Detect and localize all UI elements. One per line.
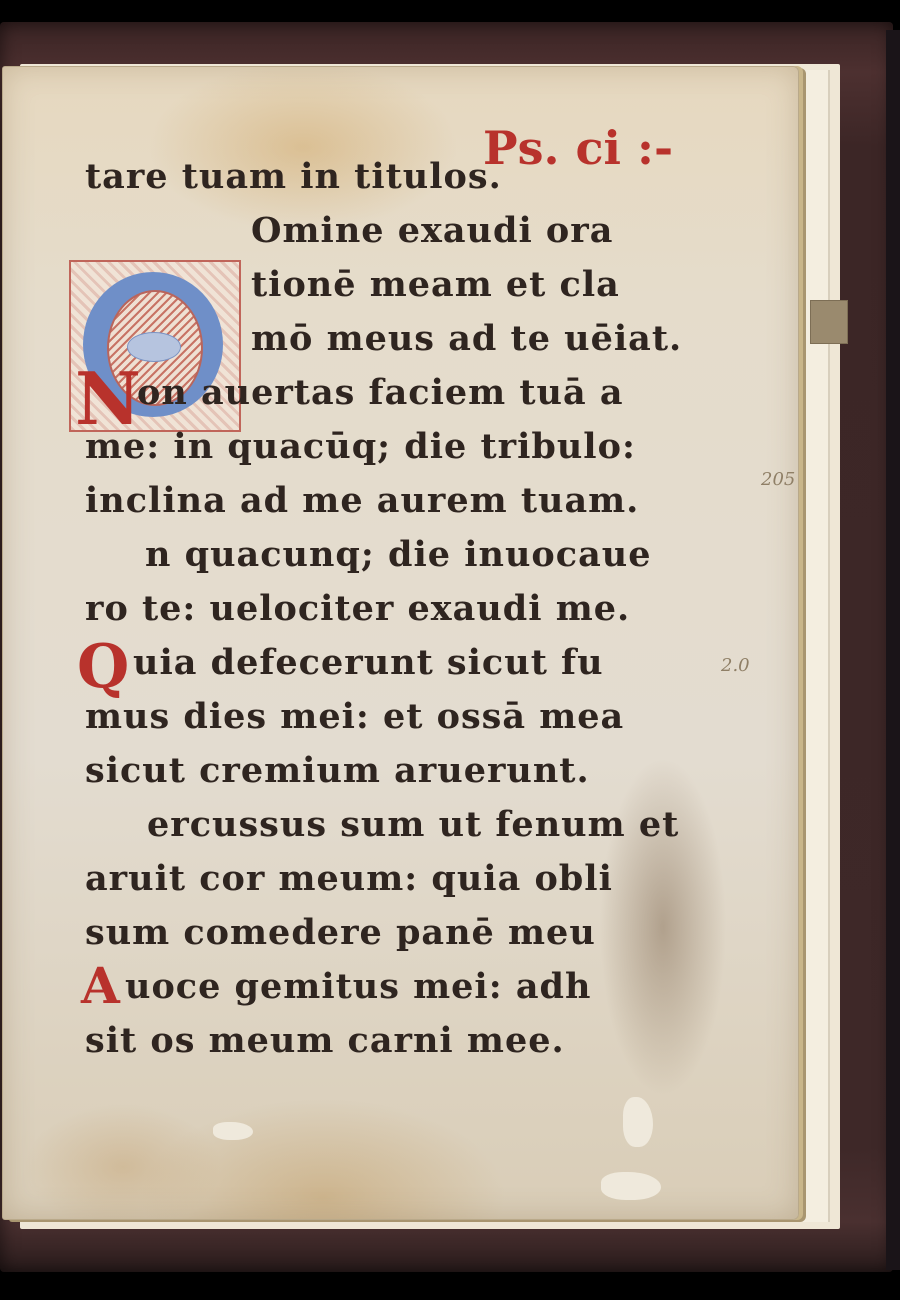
binding-edge <box>886 30 900 1270</box>
rubric-initial: N <box>75 363 141 435</box>
heading-line: tare tuam in titulos. <box>85 159 502 194</box>
text-line: sum comedere panē meu <box>85 915 596 950</box>
text-line: sit os meum carni mee. <box>85 1023 565 1058</box>
text-line: ercussus sum ut fenum et <box>147 807 679 842</box>
manuscript-page: 205 2.0 tare tuam in titulos. Ps. ci :- … <box>2 66 799 1220</box>
text-line: Omine exaudi ora <box>251 213 613 248</box>
text-line: mus dies mei: et ossā mea <box>85 699 624 734</box>
parchment-damage <box>623 1097 653 1147</box>
text-line: n quacunq; die inuocaue <box>145 537 651 572</box>
text-line: inclina ad me aurem tuam. <box>85 483 639 518</box>
margin-note: 2.0 <box>721 655 750 676</box>
text-line: on auertas faciem tuā a <box>137 375 624 410</box>
text-line: sicut cremium aruerunt. <box>85 753 590 788</box>
parchment-damage <box>213 1122 253 1140</box>
text-line: aruit cor meum: quia obli <box>85 861 613 896</box>
margin-note: 205 <box>761 469 795 490</box>
psalm-rubric: Ps. ci :- <box>483 125 673 171</box>
page-tab-marker <box>810 300 848 344</box>
rubric-initial: Q <box>77 637 129 697</box>
parchment-damage <box>601 1172 661 1200</box>
heading-text: tare tuam in titulos. <box>85 156 502 197</box>
text-line: uia defecerunt sicut fu <box>133 645 604 680</box>
text-line: me: in quacūq; die tribulo: <box>85 429 636 464</box>
text-line: ro te: uelociter exaudi me. <box>85 591 630 626</box>
text-line: tionē meam et cla <box>251 267 620 302</box>
text-line: mō meus ad te uēiat. <box>251 321 682 356</box>
rubric-initial: A <box>81 961 120 1011</box>
text-line: uoce gemitus mei: adh <box>125 969 591 1004</box>
